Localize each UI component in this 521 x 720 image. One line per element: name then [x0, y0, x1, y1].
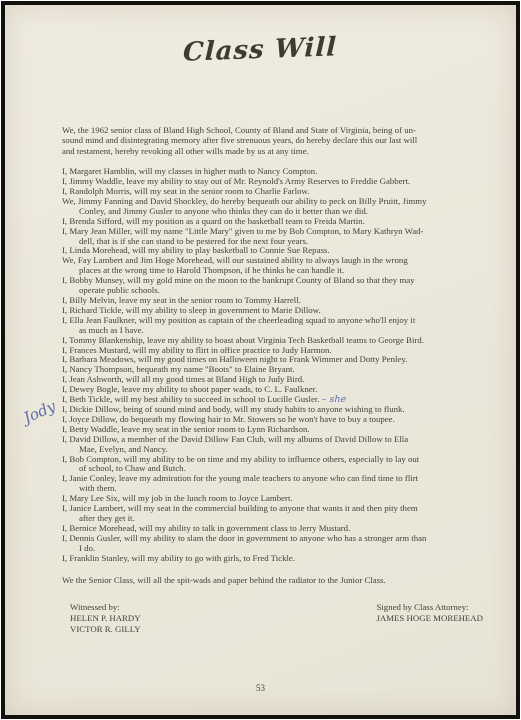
will-item: I, Janice Lambert, will my seat in the c… [62, 504, 499, 524]
will-item-text: I, Beth Tickle, will my best ability to … [62, 394, 320, 404]
will-item: We, Jimmy Fanning and David Shockley, do… [62, 197, 499, 217]
attorney-name: JAMES HOGE MOREHEAD [376, 613, 483, 624]
title-area: Class Will [5, 35, 516, 65]
intro-paragraph: We, the 1962 senior class of Bland High … [62, 125, 499, 156]
witnessed-label: Witnessed by: [70, 602, 141, 613]
witness-name: HELEN P. HARDY [70, 613, 141, 624]
will-item: I, Franklin Stanley, will my ability to … [62, 554, 499, 564]
witness-name: VICTOR R. GILLY [70, 624, 141, 635]
will-item: I, Ella Jean Faulkner, will my position … [62, 316, 499, 336]
will-item: I, Janie Conley, leave my admiration for… [62, 474, 499, 494]
will-item: I, Dennis Gusler, will my ability to sla… [62, 534, 499, 554]
will-item: I, Mary Jean Miller, will my name "Littl… [62, 227, 499, 247]
document-body: We, the 1962 senior class of Bland High … [62, 125, 499, 635]
witnessed-block: Witnessed by: HELEN P. HARDY VICTOR R. G… [70, 602, 141, 635]
will-item: I, Bobby Munsey, will my gold mine on th… [62, 276, 499, 296]
page-number: 53 [5, 683, 516, 693]
signed-block: Signed by Class Attorney: JAMES HOGE MOR… [376, 602, 483, 635]
photo-frame: Class Will Jody We, the 1962 senior clas… [1, 1, 520, 719]
will-item: I, David Dillow, a member of the David D… [62, 435, 499, 455]
will-items-list: I, Margaret Hamblin, will my classes in … [62, 167, 499, 563]
handwritten-margin-note: Jody [21, 397, 59, 427]
page-title: Class Will [183, 32, 338, 67]
closing-line: We the Senior Class, will all the spit-w… [62, 576, 499, 586]
scanned-page: Class Will Jody We, the 1962 senior clas… [5, 5, 516, 715]
will-item: I, Bob Compton, will my ability to be on… [62, 455, 499, 475]
will-item: We, Fay Lambert and Jim Hoge Morehead, w… [62, 256, 499, 276]
signed-label: Signed by Class Attorney: [376, 602, 483, 613]
signature-row: Witnessed by: HELEN P. HARDY VICTOR R. G… [62, 602, 499, 635]
